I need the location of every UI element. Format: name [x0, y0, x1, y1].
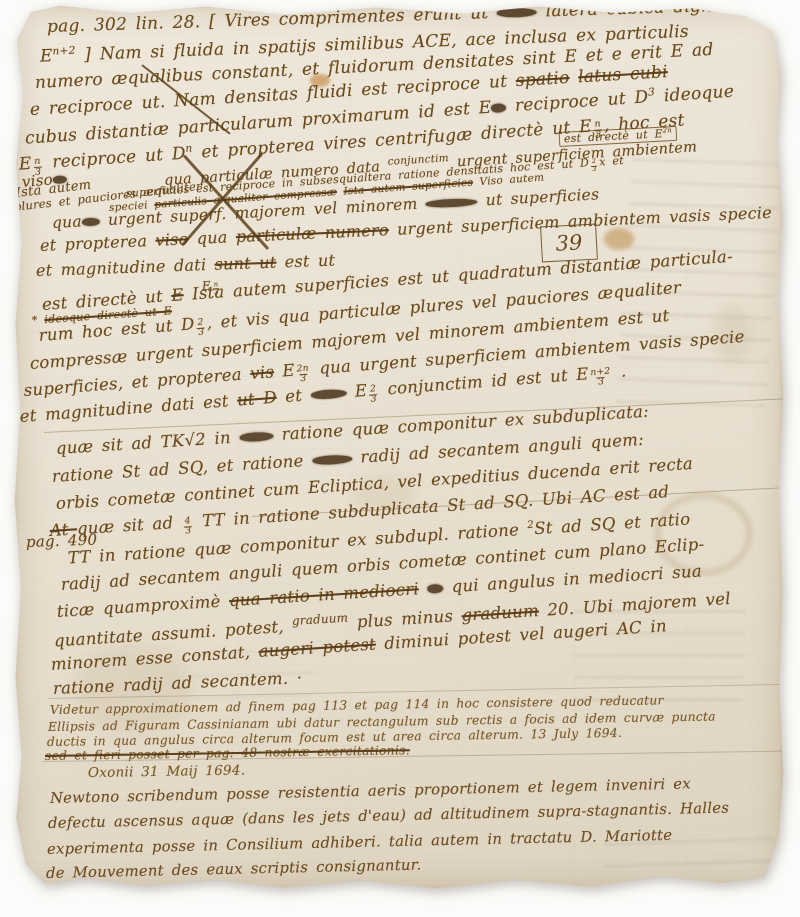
handwritten-text: E — [273, 361, 295, 382]
handwritten-text: et propterea — [40, 231, 156, 255]
struck-text: qua ratio in mediocri — [228, 579, 419, 610]
ink-blot — [497, 8, 537, 18]
manuscript-page: 39 pag. 302 lin. 28. [ Vires comprimente… — [14, 4, 784, 890]
fraction: n+23 — [590, 368, 611, 390]
handwritten-text: E — [40, 46, 53, 66]
struck-text: augeri potest — [258, 635, 376, 661]
ink-blot — [491, 103, 507, 113]
paper-stain — [604, 228, 634, 250]
ink-blot — [82, 217, 100, 226]
handwritten-text: reciproce ut D — [43, 144, 186, 173]
handwritten-text: et — [276, 385, 311, 406]
gregory-annotation-line: Oxonii 31 Maij 1694. — [88, 764, 245, 782]
fraction: 43 — [183, 517, 192, 538]
struck-text: vis — [250, 362, 275, 383]
ink-blot — [425, 198, 477, 209]
paper-stain — [770, 12, 783, 23]
handwritten-text: qua — [51, 212, 82, 232]
handwritten-text: et magnitudine dati — [36, 255, 215, 280]
ink-blot — [312, 455, 352, 466]
handwritten-text: ut superficies — [477, 185, 599, 209]
handwritten-text: plus minus — [348, 606, 462, 632]
handwritten-text: 2n — [662, 126, 672, 134]
manuscript-paper-wrap: 39 pag. 302 lin. 28. [ Vires comprimente… — [14, 4, 784, 890]
handwritten-text: de Mouvement des eaux scriptis consignan… — [46, 856, 422, 882]
handwritten-text: x et — [599, 154, 624, 169]
struck-text: ut D — [236, 388, 277, 410]
ink-blot — [310, 389, 347, 400]
struck-text: sunt ut — [214, 253, 276, 274]
photo-background: 39 pag. 302 lin. 28. [ Vires comprimente… — [0, 0, 800, 917]
handwritten-text: quæ sit ad TK√2 in — [55, 427, 240, 457]
gregory-newton-memo-line: experimenta posse in Consilium adhiberi.… — [47, 827, 673, 858]
fraction: 23 — [369, 385, 379, 406]
fraction: 23 — [196, 318, 206, 339]
gregory-newton-memo-line: de Mouvement des eaux scriptis consignan… — [46, 856, 422, 882]
handwritten-text: ticæ quamproximè — [56, 591, 229, 621]
handwritten-text: Oxonii 31 Maij 1694. — [88, 763, 245, 781]
struck-text: graduum — [461, 601, 540, 625]
handwritten-text: n+2 — [52, 45, 76, 58]
handwritten-text: experimenta posse in Consilium adhiberi.… — [47, 827, 673, 858]
handwritten-text: reciproce ut D — [506, 87, 649, 116]
struck-text: spatio — [515, 68, 570, 91]
note-pag302-line: et magnitudine dati sunt ut est ut — [36, 252, 336, 281]
folio-number: 39 — [555, 230, 583, 255]
handwritten-text: E — [346, 381, 368, 402]
handwritten-text: est ut — [276, 251, 335, 272]
handwritten-text: ideoque — [655, 82, 735, 107]
fraction: 2n3 — [296, 365, 310, 386]
handwritten-text: latera cubica dignitatis — [537, 0, 758, 22]
handwritten-text: 20. Ubi majorem vel — [538, 589, 731, 620]
ink-blot — [239, 432, 273, 443]
fraction: 23 — [591, 159, 598, 173]
struck-text: latus cubi — [578, 62, 669, 87]
handwritten-text: graduum — [292, 610, 349, 628]
ink-blot — [427, 584, 444, 594]
struck-text: particulæ numero — [235, 220, 389, 246]
handwritten-text: . — [612, 361, 627, 381]
